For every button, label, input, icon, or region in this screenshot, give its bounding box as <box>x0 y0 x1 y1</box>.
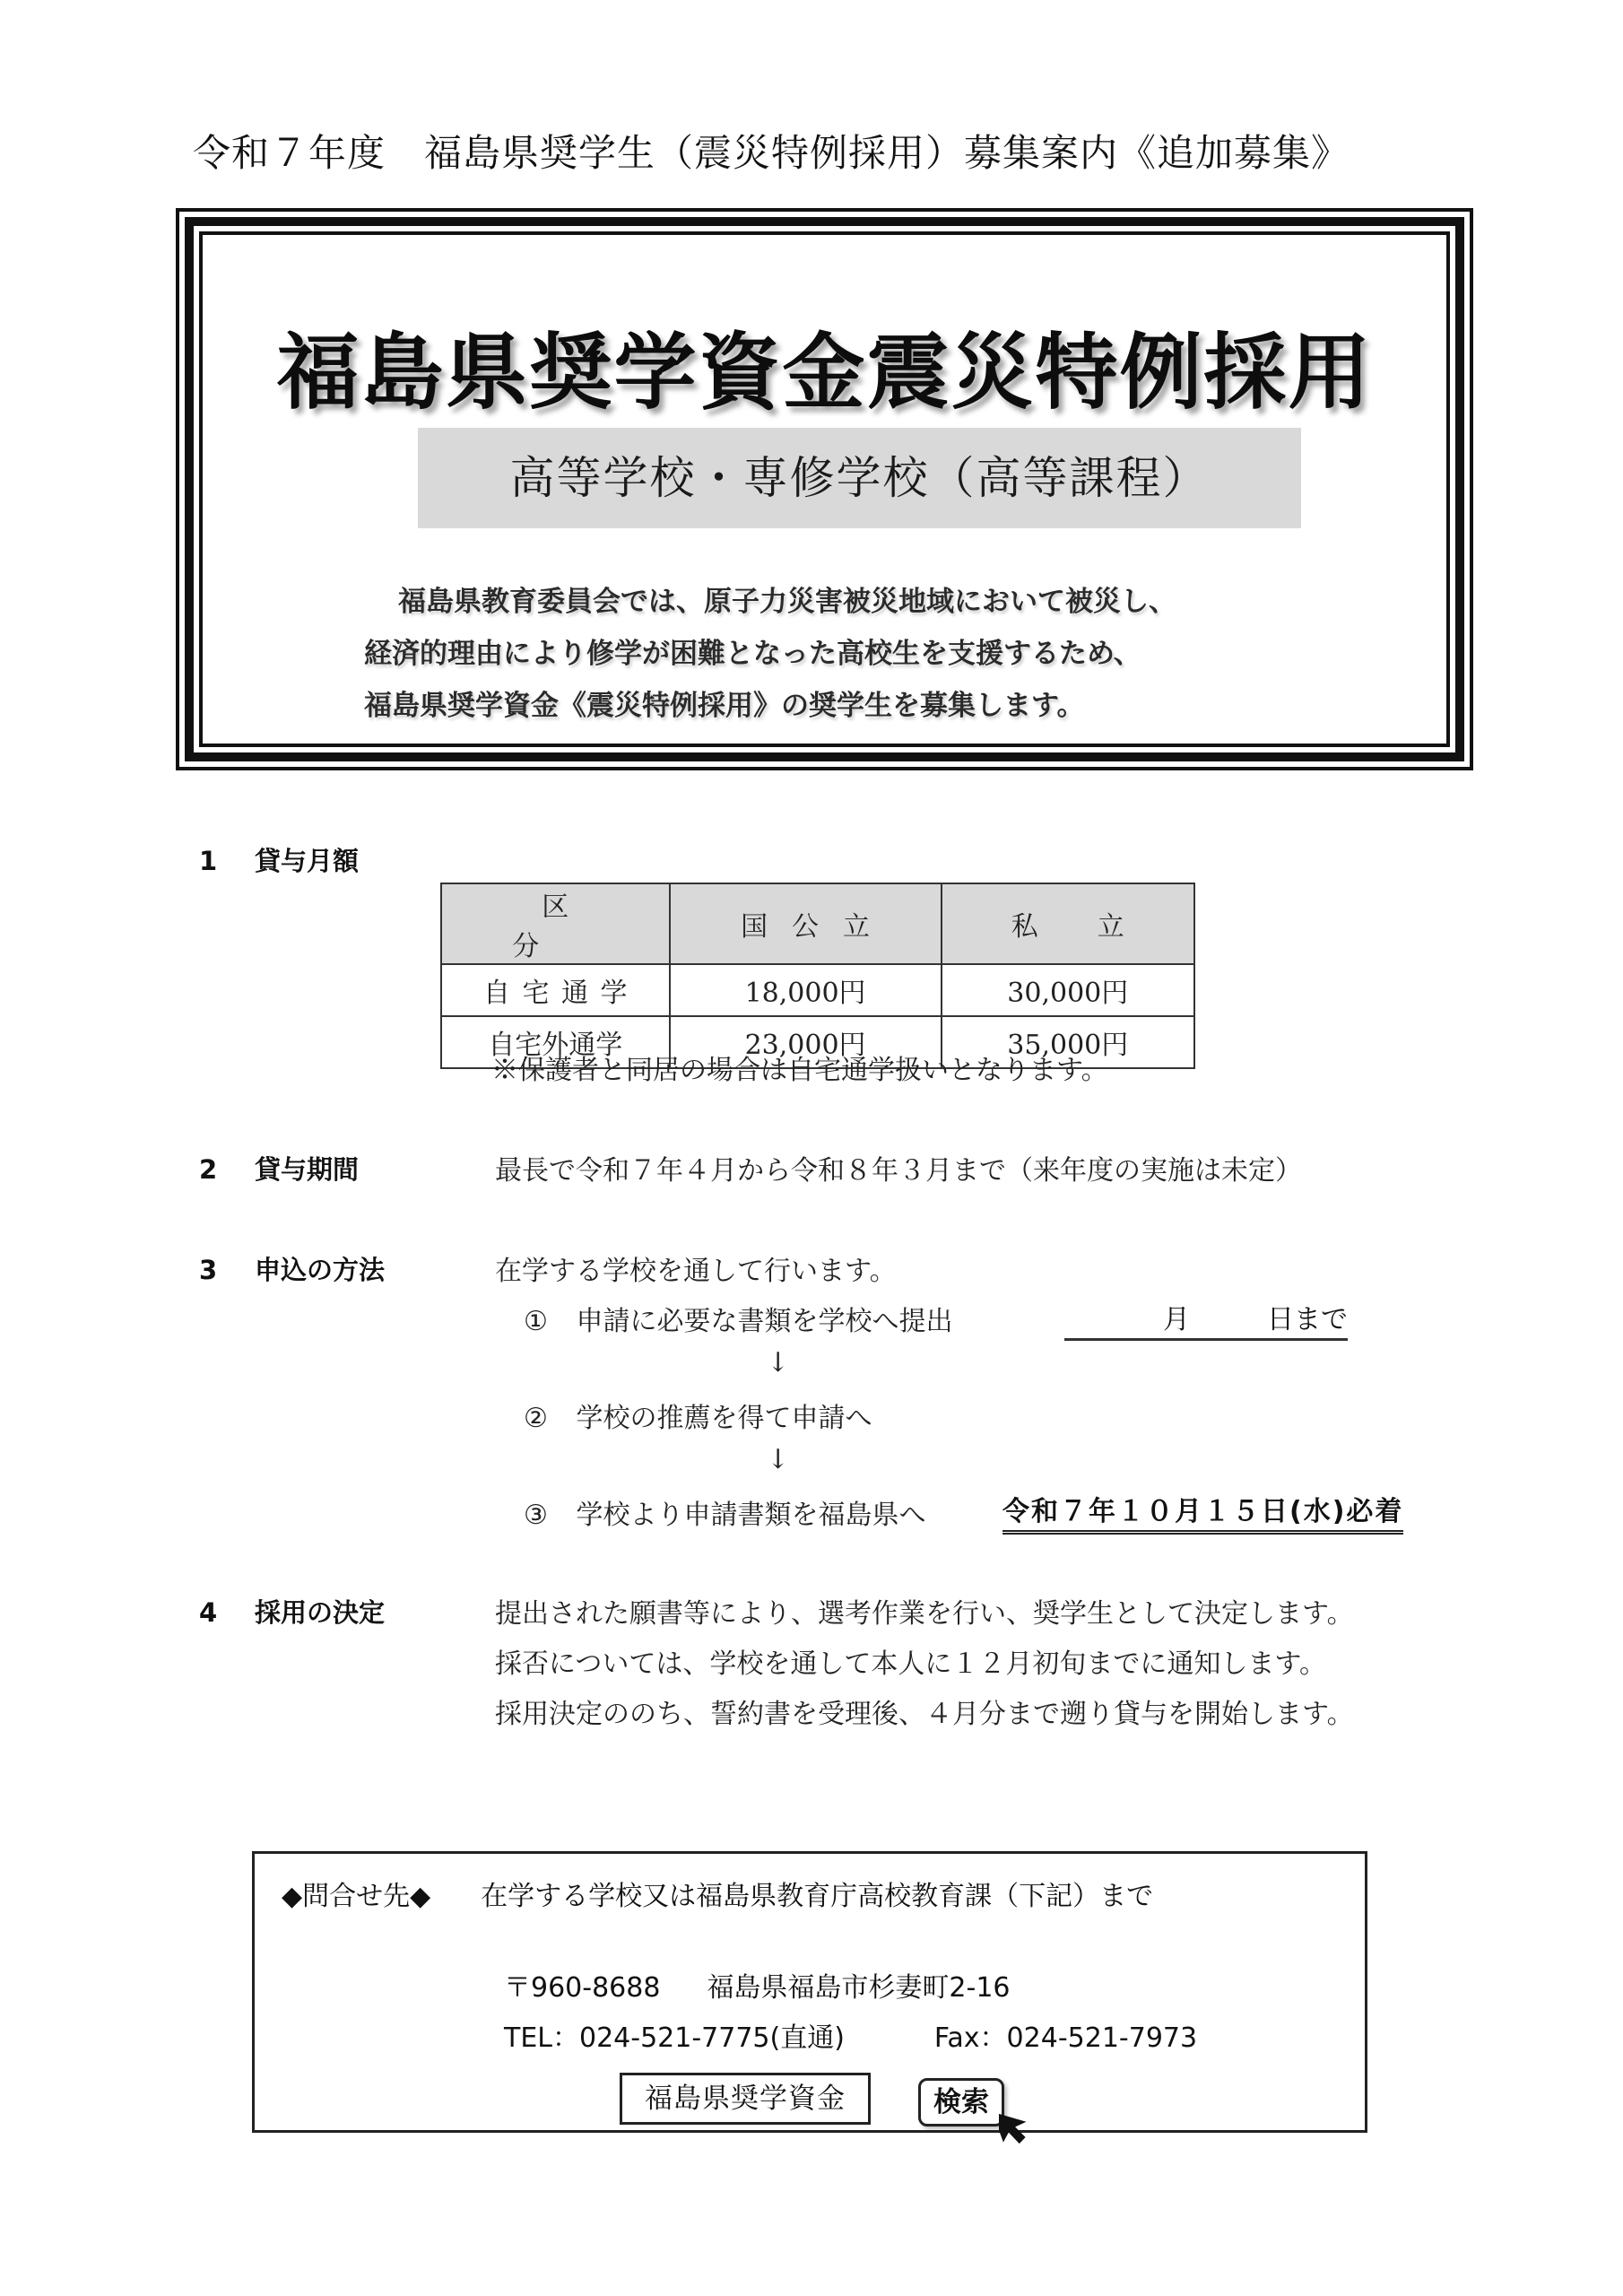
application-step-2: ② 学校の推薦を得て申請へ <box>524 1396 872 1435</box>
table-header: 私立 <box>952 911 1184 943</box>
step-3-deadline: 令和７年１０月１５日(水)必着 <box>1002 1489 1403 1535</box>
table-header-row: 区分 国公立 私立 <box>441 883 1194 964</box>
table-cell-public: 18,000円 <box>670 964 942 1016</box>
inquiry-contact: TEL：024-521-7775(直通)Fax：024-521-7973 <box>504 2015 1197 2055</box>
step-1-deadline: 月日まで <box>1064 1297 1348 1341</box>
hero-description-line: 経済的理由により修学が困難となった高校生を支援するため、 <box>364 628 1350 680</box>
down-arrow-icon: ↓ <box>767 1444 789 1475</box>
fax-number: Fax：024-521-7973 <box>934 2022 1197 2054</box>
section-application-heading: 3申込の方法 <box>199 1250 385 1287</box>
decision-line: 採否については、学校を通して本人に１２月初旬までに通知します。 <box>495 1641 1326 1681</box>
table-header: 区分 <box>482 891 628 962</box>
table-header: 国公立 <box>716 911 894 943</box>
decision-line: 採用決定ののち、誓約書を受理後、４月分まで遡り貸与を開始します。 <box>495 1692 1354 1731</box>
decision-line: 提出された願書等により、選考作業を行い、奨学生として決定します。 <box>495 1591 1354 1631</box>
loan-amount-note: ※保護者と同居の場合は自宅通学扱いとなります。 <box>491 1048 1108 1087</box>
mouse-pointer-icon <box>999 2107 1037 2146</box>
down-arrow-icon: ↓ <box>767 1347 789 1378</box>
inquiry-text: 在学する学校又は福島県教育庁高校教育課（下記）まで <box>481 1881 1153 1912</box>
table-row: 自宅通学 18,000円 30,000円 <box>441 964 1194 1016</box>
table-cell-category: 自宅通学 <box>472 978 640 1009</box>
postal-code: 〒960-8688 <box>504 1972 660 2004</box>
table-cell-private: 30,000円 <box>942 964 1194 1016</box>
page-heading: 令和７年度 福島県奨学生（震災特例採用）募集案内《追加募集》 <box>193 124 1466 178</box>
loan-period-text: 最長で令和７年４月から令和８年３月まで（来年度の実施は未定） <box>495 1148 1302 1187</box>
step-marker: ② <box>524 1403 548 1434</box>
inquiry-address: 〒960-8688福島県福島市杉妻町2-16 <box>504 1965 1011 2005</box>
loan-amount-table: 区分 国公立 私立 自宅通学 18,000円 30,000円 自宅外通学 23,… <box>440 883 1195 1069</box>
hero-subtitle: 高等学校・専修学校（高等課程） <box>418 428 1301 528</box>
section-decision-heading: 4採用の決定 <box>199 1593 385 1630</box>
hero-description: 福島県教育委員会では、原子力災害被災地域において被災し、 経済的理由により修学が… <box>364 576 1350 732</box>
step-text: 学校より申請書類を福島県へ <box>576 1500 925 1531</box>
application-intro: 在学する学校を通して行います。 <box>495 1248 897 1288</box>
step-marker: ① <box>524 1306 548 1337</box>
search-button: 検索 <box>918 2078 1004 2126</box>
hero-frame: 福島県奨学資金震災特例採用 高等学校・専修学校（高等課程） 福島県教育委員会では… <box>176 208 1473 770</box>
step-marker: ③ <box>524 1500 548 1531</box>
section-loan-period-heading: 2貸与期間 <box>199 1150 359 1187</box>
address: 福島県福島市杉妻町2-16 <box>707 1972 1010 2004</box>
section-loan-amount-heading: 1貸与月額 <box>199 841 359 878</box>
application-step-1: ① 申請に必要な書類を学校へ提出 <box>524 1299 952 1338</box>
tel-number: TEL：024-521-7775(直通) <box>504 2022 845 2054</box>
search-keyword-box: 福島県奨学資金 <box>620 2073 871 2125</box>
hero-description-line: 福島県教育委員会では、原子力災害被災地域において被災し、 <box>364 576 1350 628</box>
inquiry-label: ◆問合せ先◆ <box>282 1881 430 1912</box>
application-step-3: ③ 学校より申請書類を福島県へ <box>524 1492 925 1532</box>
hero-description-line: 福島県奨学資金《震災特例採用》の奨学生を募集します。 <box>364 680 1350 732</box>
hero-title: 福島県奨学資金震災特例採用 <box>203 307 1446 425</box>
inquiry-box: ◆問合せ先◆在学する学校又は福島県教育庁高校教育課（下記）まで 〒960-868… <box>252 1851 1367 2133</box>
step-text: 学校の推薦を得て申請へ <box>576 1403 872 1434</box>
step-text: 申請に必要な書類を学校へ提出 <box>576 1306 952 1337</box>
